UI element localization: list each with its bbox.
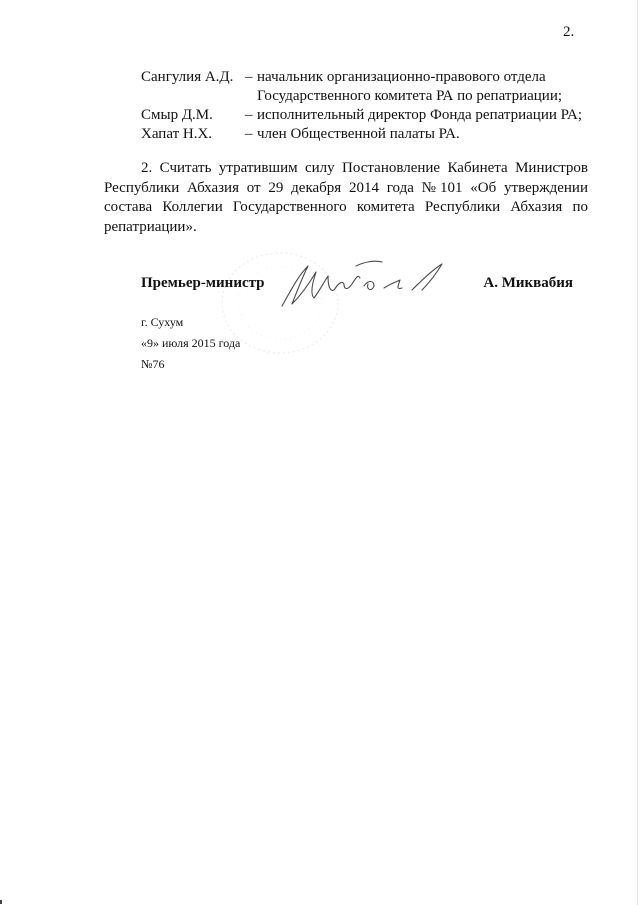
member-role-line: член Общественной палаты РА. (257, 125, 460, 144)
member-row: Смыр Д.М. – исполнительный директор Фонд… (141, 106, 582, 125)
signatory-name: А. Миквабия (483, 275, 573, 292)
member-role-line: Государственного комитета РА по репатриа… (257, 87, 562, 106)
member-dash: – (245, 106, 257, 125)
member-role-line: исполнительный директор Фонда репатриаци… (257, 106, 582, 125)
member-role: исполнительный директор Фонда репатриаци… (257, 106, 582, 125)
scan-artifact (0, 900, 2, 904)
member-name: Сангулия А.Д. (141, 68, 245, 106)
issue-city: г. Сухум (141, 315, 183, 330)
member-dash: – (245, 125, 257, 144)
clause-paragraph: 2. Считать утратившим силу Постановление… (104, 159, 588, 237)
member-role: начальник организационно-правового отдел… (257, 68, 562, 106)
member-row: Сангулия А.Д. – начальник организационно… (141, 68, 582, 106)
member-name: Смыр Д.М. (141, 106, 245, 125)
member-row: Хапат Н.Х. – член Общественной палаты РА… (141, 125, 582, 144)
page-number: 2. (563, 24, 574, 41)
signatory-title: Премьер-министр (141, 275, 265, 292)
member-role-line: начальник организационно-правового отдел… (257, 68, 562, 87)
issue-date: «9» июля 2015 года (141, 336, 240, 351)
page-edge (637, 0, 638, 905)
member-list: Сангулия А.Д. – начальник организационно… (141, 68, 582, 144)
document-number: №76 (141, 357, 164, 372)
member-name: Хапат Н.Х. (141, 125, 245, 144)
member-role: член Общественной палаты РА. (257, 125, 460, 144)
signature-icon (272, 254, 452, 314)
member-dash: – (245, 68, 257, 106)
